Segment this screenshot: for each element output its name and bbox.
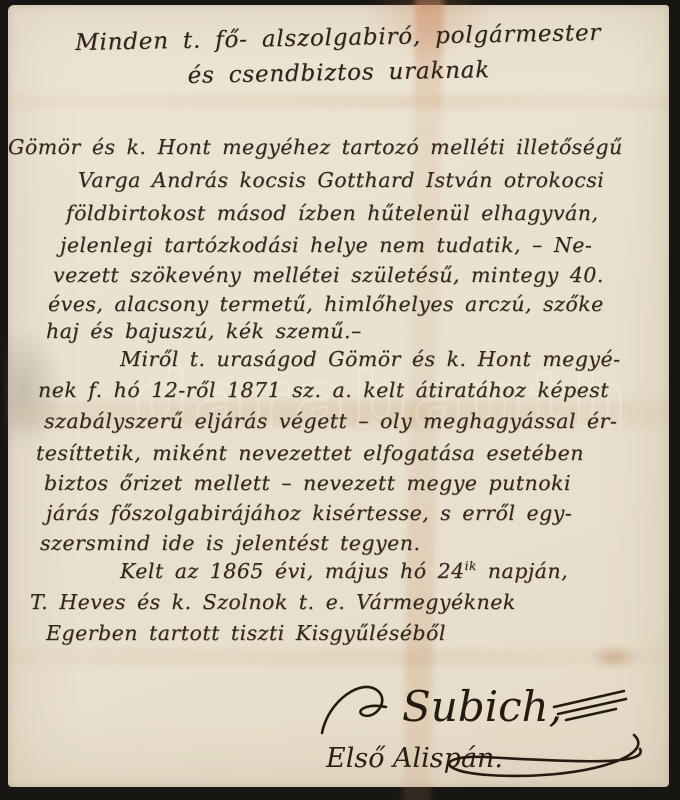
body-line: nek f. hó 12-ről 1871 sz. a. kelt átirat… (38, 378, 609, 402)
body-line: jelenlegi tartózkodási helye nem tudatik… (60, 233, 592, 257)
signature-name: Subich, (402, 682, 562, 731)
dateline-ordinal-suffix: ik (465, 559, 477, 573)
paper-sheet: darabanth Minden t. fő- alszolgabiró, po… (8, 5, 669, 787)
closing-line: T. Heves és k. Szolnok t. e. Vármegyékne… (30, 590, 516, 614)
signature-strike-flourish (554, 691, 626, 720)
body-line: Varga András kocsis Gotthard István otro… (78, 168, 604, 192)
signature-leadin-flourish (322, 687, 386, 733)
body-line: vezett szökevény mellétei születésű, min… (53, 263, 604, 287)
body-line: éves, alacsony termetű, himlőhelyes arcz… (48, 292, 604, 316)
body-line: szersmind ide is jelentést tegyen. (40, 531, 420, 555)
horizontal-fold-crease-top (8, 95, 669, 109)
body-line: Gömör és k. Hont megyéhez tartozó mellét… (8, 135, 623, 159)
signature-block: Subich, Első Alispán. (316, 663, 664, 791)
body-line: járás főszolgabirájához kisértesse, s er… (46, 501, 572, 525)
scanned-document-page: { "colors": { "scan_border": "#181613", … (0, 0, 680, 800)
body-line: haj és bajuszú, kék szemű.– (46, 319, 362, 343)
signature-title: Első Alispán. (325, 743, 503, 774)
dateline-text: Kelt az 1865 évi, május hó 24 (120, 559, 465, 583)
body-line: földbirtokost másod ízben hűtelenül elha… (66, 201, 598, 225)
body-line: Miről t. uraságod Gömör és k. Hont megyé… (120, 347, 621, 371)
body-line: biztos őrizet mellett – nevezett megye p… (44, 471, 571, 495)
address-heading: Minden t. fő- alszolgabiró, polgármester… (7, 15, 669, 98)
dateline: Kelt az 1865 évi, május hó 24ik napján, (120, 559, 568, 583)
body-line: szabályszerű eljárás végett – oly meghag… (44, 409, 617, 433)
closing-line: Egerben tartott tiszti Kisgyűléséből (46, 621, 446, 645)
body-line: tesíttetik, miként nevezettet elfogatása… (36, 441, 584, 465)
dateline-text-end: napján, (477, 559, 568, 583)
